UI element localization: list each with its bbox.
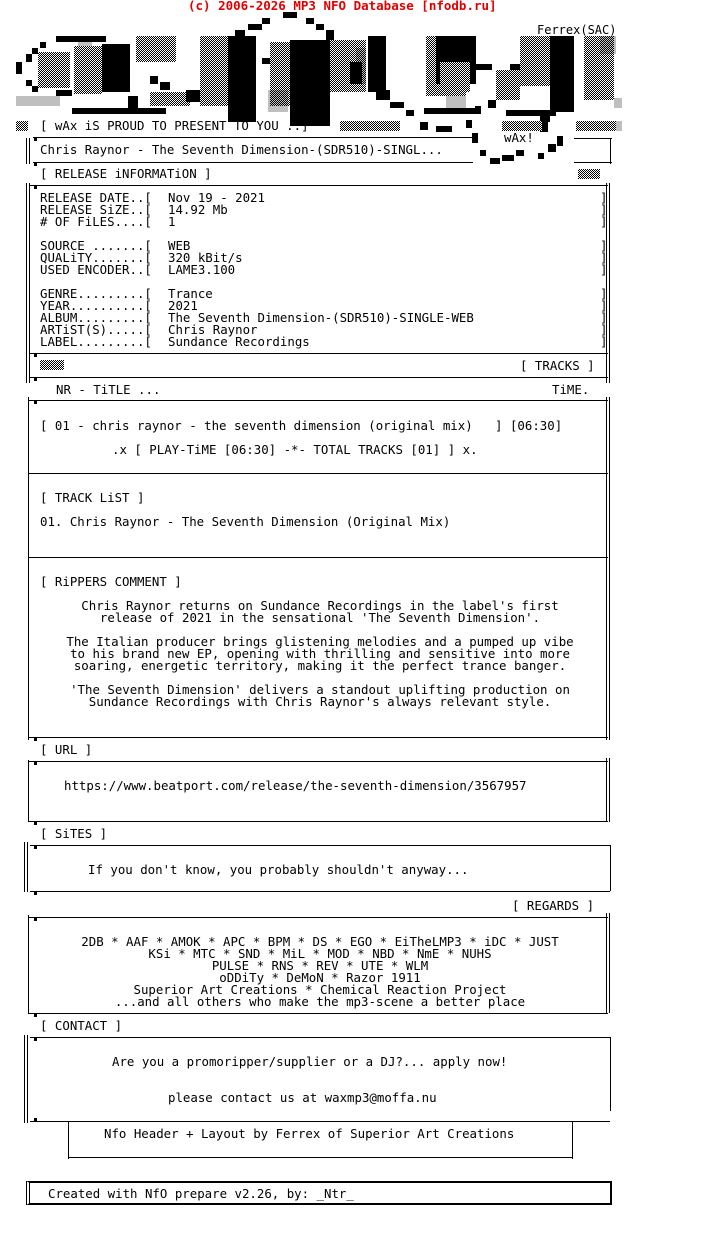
info-value-release-size: 14.92 Mb [168, 204, 228, 216]
col-time: TiME. [552, 384, 589, 396]
close-bracket: ] [600, 216, 607, 228]
shade-block [576, 121, 616, 131]
contact-frame-left [24, 1035, 28, 1123]
url-heading: [ URL ] [40, 744, 92, 756]
regards-heading: [ REGARDS ] [512, 900, 594, 912]
comment-line: release of 2021 in the sensational 'The … [32, 612, 608, 624]
tracks-heading: [ TRACKS ] [520, 360, 595, 372]
close-bracket: ] [600, 264, 607, 276]
info-label: USED ENCODER..[ [40, 264, 152, 276]
contact-apply-text: Are you a promoripper/supplier or a DJ?.… [112, 1056, 507, 1068]
info-label: # OF FiLES....[ [40, 216, 152, 228]
shade-block [616, 121, 622, 131]
group-tag: wAx! [504, 132, 534, 144]
shade-block [16, 121, 28, 131]
tracks-summary: .x [ PLAY-TiME [06:30] -*- TOTAL TRACKS … [112, 444, 478, 456]
present-line: [ wAx iS PROUD TO PRESENT TO YOU ..] [40, 120, 309, 132]
track-list-heading: [ TRACK LiST ] [40, 492, 144, 504]
comment-line: Sundance Recordings with Chris Raynor's … [32, 696, 608, 708]
shade-block [40, 360, 64, 370]
divider [28, 473, 608, 474]
info-value-encoder: LAME3.100 [168, 264, 235, 276]
track-list-item: 01. Chris Raynor - The Seventh Dimension… [40, 516, 450, 528]
sites-text: If you don't know, you probably shouldn'… [88, 864, 468, 876]
contact-heading: [ CONTACT ] [40, 1020, 122, 1032]
content-frame-left [28, 397, 29, 740]
url-frame-right [606, 758, 610, 822]
release-url-link[interactable]: https://www.beatport.com/release/the-sev… [64, 780, 527, 792]
comment-line: soaring, energetic territory, making it … [32, 660, 608, 672]
url-frame-left [28, 760, 29, 822]
shade-block [578, 169, 600, 179]
sites-heading: [ SiTES ] [40, 828, 107, 840]
info-label: LABEL.........[ [40, 336, 152, 348]
shade-block [340, 121, 400, 131]
regards-frame-left [28, 915, 29, 1013]
frame-left [26, 138, 30, 164]
rippers-comment-heading: [ RiPPERS COMMENT ] [40, 576, 182, 588]
greet-line: ...and all others who make the mp3-scene… [32, 996, 608, 1008]
info-value-label: Sundance Recordings [168, 336, 310, 348]
divider [28, 557, 608, 558]
sites-frame-left [24, 842, 28, 892]
artist-credit: Ferrex(SAC) [537, 24, 616, 36]
close-bracket: ] [600, 336, 607, 348]
created-with-text: Created with NfO prepare v2.26, by: _Ntr… [48, 1188, 354, 1200]
release-title: Chris Raynor - The Seventh Dimension-(SD… [40, 144, 443, 156]
info-value-files: 1 [168, 216, 175, 228]
release-info-heading: [ RELEASE iNFORMATiON ] [40, 168, 212, 180]
col-nr-title: NR - TiTLE ... [56, 384, 160, 396]
layout-credit: Nfo Header + Layout by Ferrex of Superio… [104, 1128, 514, 1140]
contact-email[interactable]: please contact us at waxmp3@moffa.nu [168, 1092, 437, 1104]
track-row: [ 01 - chris raynor - the seventh dimens… [40, 420, 562, 432]
copyright-banner: (c) 2006-2026 MP3 NFO Database [nfodb.ru… [188, 0, 497, 12]
frame-top [33, 137, 473, 138]
